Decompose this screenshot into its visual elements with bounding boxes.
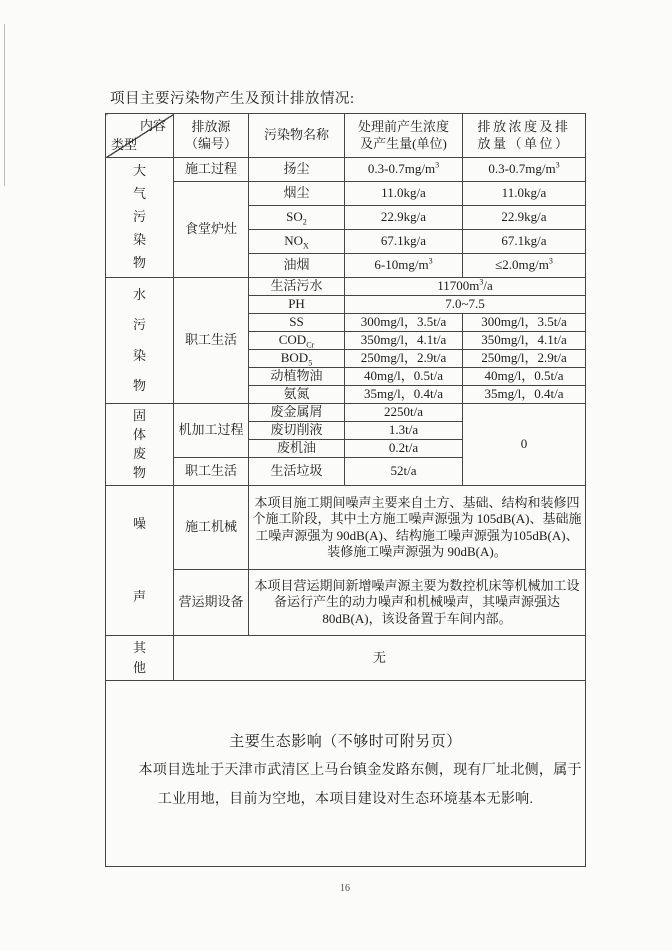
header-corner-content-label: 内容: [140, 118, 166, 134]
page-title: 项目主要污染物产生及预计排放情况:: [110, 87, 355, 108]
cell-pollutant: SS: [249, 314, 345, 332]
header-emission: 排放浓度及排 放量（单位）: [463, 114, 586, 158]
scan-artifact-line: [4, 24, 5, 186]
cell-before-value: 250mg/l，2.9t/a: [345, 350, 463, 368]
cell-emission-value: 67.1kg/a: [463, 230, 586, 254]
cell-pollutant: 扬尘: [249, 158, 345, 182]
cell-pollutant: 烟尘: [249, 182, 345, 206]
cell-before-value: 40mg/l，0.5t/a: [345, 368, 463, 386]
cell-pollutant: BOD5: [249, 350, 345, 368]
ecology-heading: 主要生态影响（不够时可附另页）: [106, 733, 585, 752]
cell-source-canteen: 食堂炉灶: [174, 182, 249, 278]
cell-before-value: 52t/a: [345, 458, 463, 486]
table-row: 大气污染物 施工过程 扬尘 0.3-0.7mg/m3 0.3-0.7mg/m3: [106, 158, 586, 182]
cell-before-value: 11.0kg/a: [345, 182, 463, 206]
cell-other-value: 无: [174, 636, 586, 681]
cell-pollutant: SO2: [249, 206, 345, 230]
page-number: 16: [105, 883, 585, 894]
category-other-label: 其他: [106, 638, 173, 678]
cell-before-value: 67.1kg/a: [345, 230, 463, 254]
cell-before-value: 35mg/l，0.4t/a: [345, 386, 463, 404]
cell-pollutant: 废金属屑: [249, 404, 345, 422]
cell-source-staff-life: 职工生活: [174, 458, 249, 486]
header-pollutant-name: 污染物名称: [249, 114, 345, 158]
ecology-paragraph: 本项目选址于天津市武清区上马台镇金发路东侧，现有厂址北侧，属于工业用地，目前为空…: [106, 756, 585, 814]
cell-before-value: 0.2t/a: [345, 440, 463, 458]
cell-pollutant: 废机油: [249, 440, 345, 458]
cell-emission-value: 35mg/l，0.4t/a: [463, 386, 586, 404]
cell-before-value: 2250t/a: [345, 404, 463, 422]
cell-emission-value: 300mg/l，3.5t/a: [463, 314, 586, 332]
pollutant-emission-table: 内容 类型 排放源 （编号） 污染物名称 处理前产生浓度 及产生量(单位) 排放…: [105, 113, 586, 867]
cell-pollutant: 氨氮: [249, 386, 345, 404]
cell-before-value: 22.9kg/a: [345, 206, 463, 230]
header-before-treatment: 处理前产生浓度 及产生量(单位): [345, 114, 463, 158]
header-source: 排放源 （编号）: [174, 114, 249, 158]
ecology-section-cell: 主要生态影响（不够时可附另页） 本项目选址于天津市武清区上马台镇金发路东侧，现有…: [106, 681, 586, 867]
table-row: 其他 无: [106, 636, 586, 681]
cell-emission-value: 250mg/l，2.9t/a: [463, 350, 586, 368]
category-other: 其他: [106, 636, 174, 681]
cell-pollutant: NOX: [249, 230, 345, 254]
table-row: 水污染物 职工生活 生活污水 11700m3/a: [106, 278, 586, 296]
table-row: 主要生态影响（不够时可附另页） 本项目选址于天津市武清区上马台镇金发路东侧，现有…: [106, 681, 586, 867]
header-corner-cell: 内容 类型: [106, 114, 174, 158]
cell-merged-value: 7.0~7.5: [345, 296, 586, 314]
category-water-label: 水污染物: [106, 280, 173, 401]
scanned-document-page: 项目主要污染物产生及预计排放情况: 内容 类型 排放源 （编号） 污染物名称 处…: [0, 0, 672, 951]
cell-source-machining: 机加工过程: [174, 404, 249, 458]
cell-emission-value: ≤2.0mg/m3: [463, 254, 586, 278]
cell-source-staff-life: 职工生活: [174, 278, 249, 404]
table-row: 食堂炉灶 烟尘 11.0kg/a 11.0kg/a: [106, 182, 586, 206]
cell-emission-value: 40mg/l，0.5t/a: [463, 368, 586, 386]
cell-emission-value: 350mg/l，4.1t/a: [463, 332, 586, 350]
cell-pollutant: 生活污水: [249, 278, 345, 296]
category-water-pollutants: 水污染物: [106, 278, 174, 404]
category-noise-label: 噪声: [106, 488, 173, 633]
cell-pollutant: PH: [249, 296, 345, 314]
category-solid-waste: 固体废物: [106, 404, 174, 486]
cell-emission-value: 0.3-0.7mg/m3: [463, 158, 586, 182]
cell-pollutant: 废切削液: [249, 422, 345, 440]
cell-before-value: 1.3t/a: [345, 422, 463, 440]
cell-noise-construction-text: 本项目施工期间噪声主要来自土方、基础、结构和装修四个施工阶段，其中土方施工噪声源…: [249, 486, 586, 570]
category-air-pollutants: 大气污染物: [106, 158, 174, 278]
header-corner-type-label: 类型: [111, 137, 137, 153]
cell-pollutant: 生活垃圾: [249, 458, 345, 486]
cell-pollutant: CODCr: [249, 332, 345, 350]
cell-merged-value: 11700m3/a: [345, 278, 586, 296]
table-row: 固体废物 机加工过程 废金属屑 2250t/a 0: [106, 404, 586, 422]
cell-before-value: 300mg/l，3.5t/a: [345, 314, 463, 332]
cell-source-construction-machinery: 施工机械: [174, 486, 249, 570]
cell-before-value: 6-10mg/m3: [345, 254, 463, 278]
table-row: 噪声 施工机械 本项目施工期间噪声主要来自土方、基础、结构和装修四个施工阶段，其…: [106, 486, 586, 570]
cell-noise-operation-text: 本项目营运期间新增噪声源主要为数控机床等机械加工设备运行产生的动力噪声和机械噪声…: [249, 570, 586, 636]
cell-pollutant: 油烟: [249, 254, 345, 278]
cell-emission-value: 22.9kg/a: [463, 206, 586, 230]
cell-source-operation-equipment: 营运期设备: [174, 570, 249, 636]
cell-before-value: 0.3-0.7mg/m3: [345, 158, 463, 182]
category-noise: 噪声: [106, 486, 174, 636]
cell-emission-value: 11.0kg/a: [463, 182, 586, 206]
cell-solid-emission-total: 0: [463, 404, 586, 486]
table-header-row: 内容 类型 排放源 （编号） 污染物名称 处理前产生浓度 及产生量(单位) 排放…: [106, 114, 586, 158]
cell-source: 施工过程: [174, 158, 249, 182]
table-row: 营运期设备 本项目营运期间新增噪声源主要为数控机床等机械加工设备运行产生的动力噪…: [106, 570, 586, 636]
cell-before-value: 350mg/l，4.1t/a: [345, 332, 463, 350]
category-air-label: 大气污染物: [106, 160, 173, 275]
cell-pollutant: 动植物油: [249, 368, 345, 386]
category-solid-label: 固体废物: [106, 406, 173, 483]
